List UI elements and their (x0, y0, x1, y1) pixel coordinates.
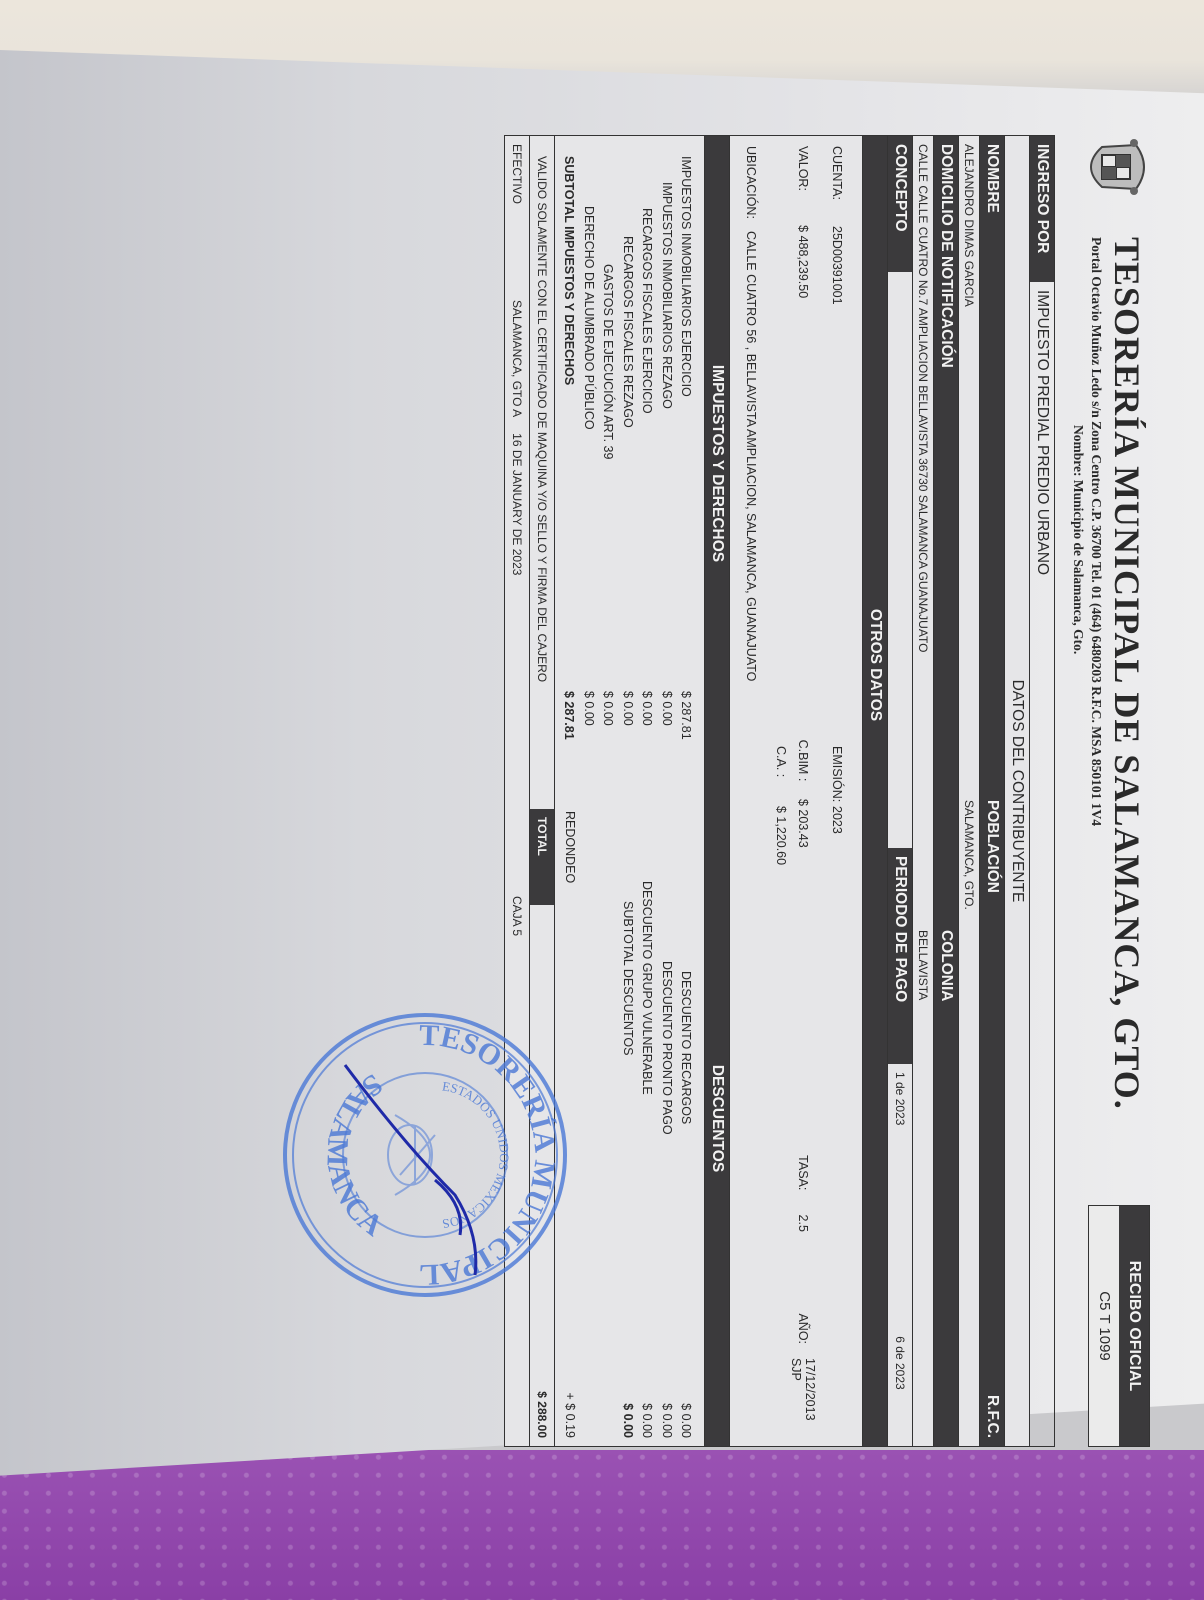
treasury-address: Portal Octavio Muñoz Ledo s/n Zona Centr… (1088, 237, 1104, 826)
descuento-item-label: DESCUENTO PRONTO PAGO (660, 811, 674, 1348)
concepto-row: CONCEPTO PERIODO DE PAGO 1 de 2023 6 de … (887, 136, 912, 1446)
impuestos-subtotal-label: SUBTOTAL IMPUESTOS Y DERECHOS (562, 156, 576, 691)
background-fabric (0, 1450, 1204, 1600)
anio-value: 17/12/2013 SJP (789, 1358, 817, 1446)
ubicacion-value: CALLE CUATRO 56 , BELLAVISTA AMPLIACION,… (744, 231, 758, 681)
stamp-top-text: TESORERÍA MUNICIPAL (419, 1019, 562, 1292)
periodo-desde: 1 de 2023 (888, 1064, 912, 1280)
municipality-name: Nombre: Municipio de Salamanca, Gto. (1070, 425, 1086, 654)
impuesto-item: DERECHO DE ALUMBRADO PÚBLICO$ 0.00 (579, 156, 599, 781)
rfc-label: R.F.C. (980, 1188, 1004, 1446)
descuentos-list: DESCUENTO RECARGOS$ 0.00DESCUENTO PRONTO… (556, 791, 705, 1446)
descuento-item-label: DESCUENTO GRUPO VULNERABLE (640, 811, 654, 1348)
descuentos-title: DESCUENTOS (705, 791, 729, 1446)
place-date: SALAMANCA, GTO A 16 DE JANUARY DE 2023 (506, 292, 530, 888)
totals-header-row: IMPUESTOS Y DERECHOS DESCUENTOS (704, 136, 729, 1446)
descuentos-subtotal-amount: $ 0.00 (621, 1348, 635, 1438)
receipt-header: TESORERÍA MUNICIPAL DE SALAMANCA, GTO. P… (1040, 125, 1150, 1455)
ingreso-value: IMPUESTO PREDIAL PREDIO URBANO (1030, 282, 1054, 1446)
impuesto-item-label: RECARGOS FISCALES EJERCICIO (640, 156, 654, 691)
impuesto-item-label: IMPUESTOS INMOBILIARIOS EJERCICIO (679, 156, 693, 691)
impuesto-item-label: IMPUESTOS INMOBILIARIOS REZAGO (660, 156, 674, 691)
descuento-item: DESCUENTO GRUPO VULNERABLE$ 0.00 (638, 811, 658, 1438)
cbim-value: $ 203.43 (796, 799, 810, 1155)
nombre-value: ALEJANDRO DIMAS GARCIA (959, 136, 979, 792)
concepto-value (888, 272, 912, 848)
otros-datos-line-4: UBICACIÓN: CALLE CUATRO 56 , BELLAVISTA … (740, 136, 762, 1446)
poblacion-label: POBLACIÓN (980, 792, 1004, 1188)
contribuyente-values-row: ALEJANDRO DIMAS GARCIA SALAMANCA, GTO. (958, 136, 979, 1446)
treasury-title: TESORERÍA MUNICIPAL DE SALAMANCA, GTO. (1106, 237, 1148, 1110)
receipt-grid: INGRESO POR IMPUESTO PREDIAL PREDIO URBA… (505, 135, 1056, 1447)
impuesto-item-amount: $ 0.00 (660, 691, 674, 781)
otros-datos-title-row: OTROS DATOS (862, 136, 887, 1446)
descuento-item-amount: $ 0.00 (679, 1348, 693, 1438)
impuesto-item: GASTOS DE EJECUCIÓN ART. 39$ 0.00 (599, 156, 619, 781)
descuento-item-amount: $ 0.00 (640, 1348, 654, 1438)
stamp-inner-text: ESTADOS UNIDOS MEXICANOS (441, 1078, 512, 1231)
impuesto-item-amount: $ 0.00 (601, 691, 615, 781)
official-receipt: TESORERÍA MUNICIPAL DE SALAMANCA, GTO. P… (310, 125, 1150, 1455)
impuesto-item-amount: $ 0.00 (582, 691, 596, 781)
impuestos-list: IMPUESTOS INMOBILIARIOS EJERCICIO$ 287.8… (556, 136, 705, 791)
impuesto-item-label: RECARGOS FISCALES REZAGO (621, 156, 635, 691)
emision-value: 2023 (830, 806, 844, 834)
valor-label: VALOR: (796, 136, 810, 225)
descuentos-subtotal: SUBTOTAL DESCUENTOS $ 0.00 (618, 811, 638, 1438)
receipt-label: RECIBO OFICIAL (1119, 1206, 1149, 1446)
receipt-number: C5 T 1099 (1089, 1206, 1119, 1446)
nombre-label: NOMBRE (980, 136, 1004, 792)
periodo-label: PERIODO DE PAGO (888, 848, 912, 1064)
ca-label: C.A. : (774, 746, 788, 806)
totals-block: IMPUESTOS INMOBILIARIOS EJERCICIO$ 287.8… (555, 136, 705, 1446)
ca-value: $ 1,220.60 (774, 806, 788, 865)
impuesto-item: IMPUESTOS INMOBILIARIOS REZAGO$ 0.00 (657, 156, 677, 781)
ubicacion-label: UBICACIÓN: (744, 136, 758, 231)
impuesto-item-amount: $ 287.81 (679, 691, 693, 781)
impuesto-item-label: DERECHO DE ALUMBRADO PÚBLICO (582, 156, 596, 691)
ingreso-label: INGRESO POR (1030, 136, 1054, 282)
domicilio-label: DOMICILIO DE NOTIFICACIÓN (934, 136, 958, 922)
contribuyente-header-row: NOMBRE POBLACIÓN R.F.C. (979, 136, 1004, 1446)
validity-note: VALIDO SOLAMENTE CON EL CERTIFICADO DE M… (531, 136, 555, 809)
impuesto-item-amount: $ 0.00 (640, 691, 654, 781)
stamp-bottom-text: SALAMANCA (320, 1067, 389, 1242)
tasa-label: TASA: (796, 1155, 810, 1214)
contribuyente-title: DATOS DEL CONTRIBUYENTE (1005, 136, 1029, 1446)
periodo-hasta: 6 de 2023 (888, 1280, 912, 1446)
impuesto-item-label: GASTOS DE EJECUCIÓN ART. 39 (601, 156, 615, 691)
descuento-item-label: DESCUENTO RECARGOS (679, 811, 693, 1348)
ingreso-row: INGRESO POR IMPUESTO PREDIAL PREDIO URBA… (1029, 136, 1054, 1446)
otros-datos-title: OTROS DATOS (863, 136, 887, 1446)
redondeo-amount: + $ 0.19 (563, 1348, 577, 1438)
descuento-item-amount: $ 0.00 (660, 1348, 674, 1438)
cuenta-value: 25D00391001 (830, 226, 844, 746)
colonia-value: BELLAVISTA (913, 922, 933, 1446)
otros-datos-line-3: C.A. : $ 1,220.60 (770, 136, 792, 1446)
impuesto-item: RECARGOS FISCALES REZAGO$ 0.00 (618, 156, 638, 781)
domicilio-values-row: CALLE CALLE CUATRO No.7 AMPLIACION BELLA… (912, 136, 933, 1446)
domicilio-value: CALLE CALLE CUATRO No.7 AMPLIACION BELLA… (913, 136, 933, 922)
descuentos-subtotal-label: SUBTOTAL DESCUENTOS (621, 811, 635, 1348)
rfc-value (959, 1188, 979, 1446)
poblacion-value: SALAMANCA, GTO. (959, 792, 979, 1188)
otros-datos-line-1: CUENTA: 25D00391001 EMISIÓN: 2023 (826, 136, 848, 1446)
payment-method: EFECTIVO (506, 136, 530, 292)
impuesto-item: IMPUESTOS INMOBILIARIOS EJERCICIO$ 287.8… (677, 156, 697, 781)
impuestos-subtotal-amount: $ 287.81 (562, 691, 576, 781)
concepto-label: CONCEPTO (888, 136, 912, 272)
emision-label: EMISIÓN: (830, 746, 844, 806)
impuesto-item: RECARGOS FISCALES EJERCICIO$ 0.00 (638, 156, 658, 781)
descuento-item: DESCUENTO PRONTO PAGO$ 0.00 (657, 811, 677, 1438)
official-seal-stamp: TESORERÍA MUNICIPAL SALAMANCA ESTADOS UN… (275, 1005, 575, 1305)
anio-label: AÑO: (796, 1313, 810, 1358)
contribuyente-title-row: DATOS DEL CONTRIBUYENTE (1004, 136, 1029, 1446)
cuenta-label: CUENTA: (830, 136, 844, 226)
receipt-number-box: RECIBO OFICIAL C5 T 1099 (1088, 1205, 1150, 1447)
impuestos-title: IMPUESTOS Y DERECHOS (705, 136, 729, 791)
domicilio-header-row: DOMICILIO DE NOTIFICACIÓN COLONIA (933, 136, 958, 1446)
coat-of-arms-icon (1078, 135, 1150, 199)
colonia-label: COLONIA (934, 922, 958, 1446)
cbim-label: C.BIM : (796, 740, 810, 799)
valor-value: $ 488,239.50 (796, 225, 810, 739)
total-label: TOTAL (531, 809, 555, 905)
otros-datos-block: CUENTA: 25D00391001 EMISIÓN: 2023 VALOR:… (729, 136, 862, 1446)
tasa-value: 2.5 (796, 1215, 810, 1314)
descuento-item: DESCUENTO RECARGOS$ 0.00 (677, 811, 697, 1438)
impuesto-item-amount: $ 0.00 (621, 691, 635, 781)
impuestos-subtotal: SUBTOTAL IMPUESTOS Y DERECHOS $ 287.81 (560, 156, 580, 781)
otros-datos-line-2: VALOR: $ 488,239.50 C.BIM : $ 203.43 TAS… (792, 136, 814, 1446)
